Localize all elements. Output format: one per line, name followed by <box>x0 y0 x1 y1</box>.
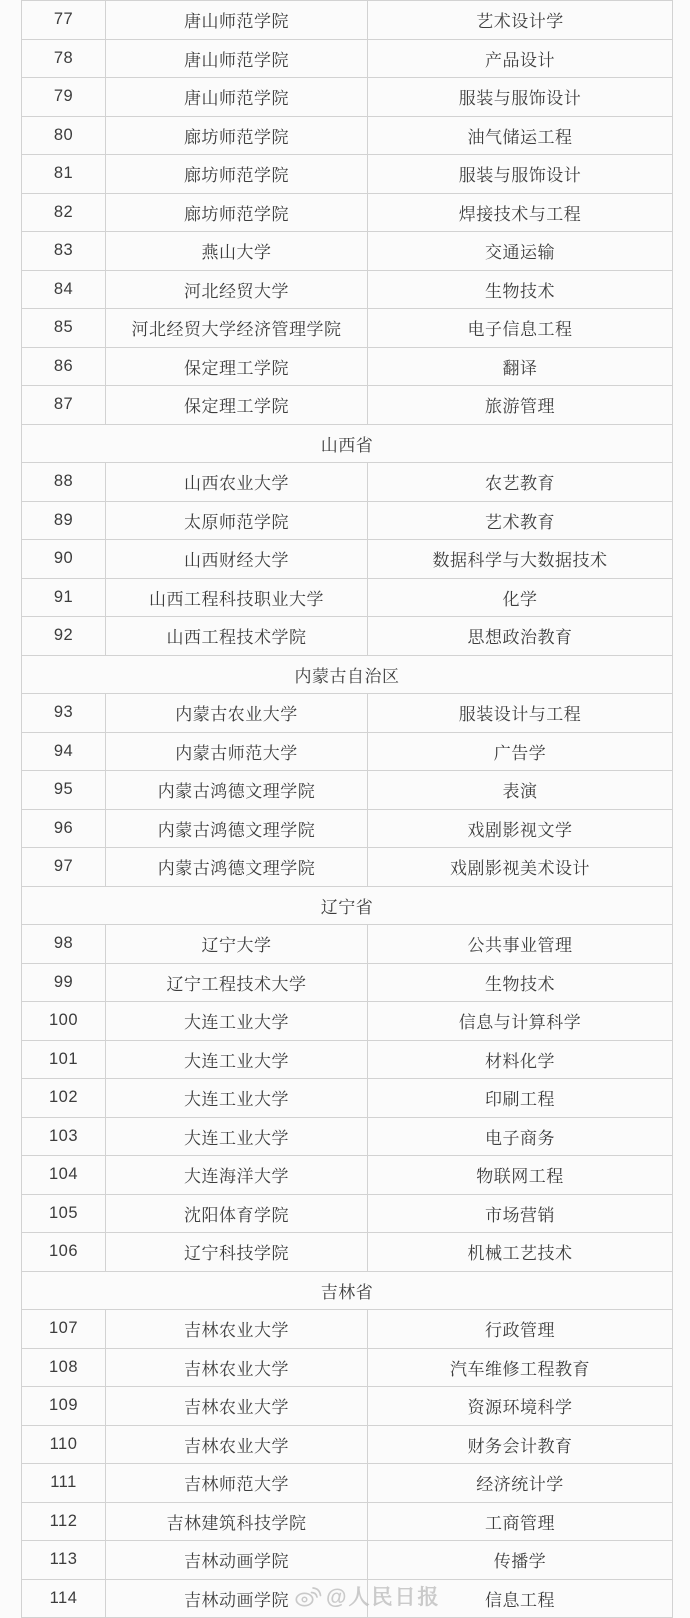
major-name: 数据科学与大数据技术 <box>368 540 672 578</box>
university-name: 辽宁工程技术大学 <box>106 964 368 1002</box>
row-number: 85 <box>22 309 106 347</box>
major-name: 经济统计学 <box>368 1464 672 1502</box>
table-row: 101大连工业大学材料化学 <box>22 1041 672 1080</box>
university-name: 吉林农业大学 <box>106 1387 368 1425</box>
university-name: 辽宁大学 <box>106 925 368 963</box>
row-number: 102 <box>22 1079 106 1117</box>
table-row: 78唐山师范学院产品设计 <box>22 40 672 79</box>
major-name: 资源环境科学 <box>368 1387 672 1425</box>
row-number: 100 <box>22 1002 106 1040</box>
university-name: 山西工程技术学院 <box>106 617 368 655</box>
province-label: 辽宁省 <box>22 887 672 925</box>
table-row: 99辽宁工程技术大学生物技术 <box>22 964 672 1003</box>
major-name: 油气储运工程 <box>368 117 672 155</box>
row-number: 113 <box>22 1541 106 1579</box>
row-number: 97 <box>22 848 106 886</box>
major-name: 市场营销 <box>368 1195 672 1233</box>
province-section-row: 辽宁省 <box>22 887 672 926</box>
major-name: 表演 <box>368 771 672 809</box>
university-name: 内蒙古鸿德文理学院 <box>106 848 368 886</box>
row-number: 109 <box>22 1387 106 1425</box>
row-number: 103 <box>22 1118 106 1156</box>
province-label: 吉林省 <box>22 1272 672 1310</box>
major-name: 翻译 <box>368 348 672 386</box>
row-number: 94 <box>22 733 106 771</box>
table-row: 82廊坊师范学院焊接技术与工程 <box>22 194 672 233</box>
row-number: 93 <box>22 694 106 732</box>
table-row: 81廊坊师范学院服装与服饰设计 <box>22 155 672 194</box>
university-name: 廊坊师范学院 <box>106 155 368 193</box>
row-number: 112 <box>22 1503 106 1541</box>
university-name: 辽宁科技学院 <box>106 1233 368 1271</box>
row-number: 79 <box>22 78 106 116</box>
row-number: 89 <box>22 502 106 540</box>
major-name: 印刷工程 <box>368 1079 672 1117</box>
university-name: 河北经贸大学 <box>106 271 368 309</box>
table-row: 79唐山师范学院服装与服饰设计 <box>22 78 672 117</box>
province-label: 内蒙古自治区 <box>22 656 672 694</box>
table-row: 110吉林农业大学财务会计教育 <box>22 1426 672 1465</box>
university-name: 吉林动画学院 <box>106 1541 368 1579</box>
row-number: 95 <box>22 771 106 809</box>
row-number: 108 <box>22 1349 106 1387</box>
row-number: 106 <box>22 1233 106 1271</box>
table-row: 95内蒙古鸿德文理学院表演 <box>22 771 672 810</box>
university-name: 保定理工学院 <box>106 386 368 424</box>
university-name: 内蒙古鸿德文理学院 <box>106 771 368 809</box>
major-name: 艺术教育 <box>368 502 672 540</box>
row-number: 91 <box>22 579 106 617</box>
table-row: 111吉林师范大学经济统计学 <box>22 1464 672 1503</box>
major-name: 思想政治教育 <box>368 617 672 655</box>
table-row: 86保定理工学院翻译 <box>22 348 672 387</box>
table-row: 98辽宁大学公共事业管理 <box>22 925 672 964</box>
table-row: 89太原师范学院艺术教育 <box>22 502 672 541</box>
major-name: 汽车维修工程教育 <box>368 1349 672 1387</box>
major-name: 财务会计教育 <box>368 1426 672 1464</box>
university-name: 大连工业大学 <box>106 1118 368 1156</box>
major-name: 服装与服饰设计 <box>368 155 672 193</box>
university-name: 大连工业大学 <box>106 1002 368 1040</box>
university-name: 大连工业大学 <box>106 1079 368 1117</box>
table-row: 109吉林农业大学资源环境科学 <box>22 1387 672 1426</box>
table-row: 103大连工业大学电子商务 <box>22 1118 672 1157</box>
university-name: 内蒙古农业大学 <box>106 694 368 732</box>
province-section-row: 山西省 <box>22 425 672 464</box>
university-name: 沈阳体育学院 <box>106 1195 368 1233</box>
table-row: 96内蒙古鸿德文理学院戏剧影视文学 <box>22 810 672 849</box>
table-row: 87保定理工学院旅游管理 <box>22 386 672 425</box>
university-name: 内蒙古师范大学 <box>106 733 368 771</box>
university-name: 保定理工学院 <box>106 348 368 386</box>
major-name: 电子商务 <box>368 1118 672 1156</box>
university-name: 唐山师范学院 <box>106 1 368 39</box>
table-row: 88山西农业大学农艺教育 <box>22 463 672 502</box>
university-name: 吉林动画学院 <box>106 1580 368 1618</box>
major-name: 广告学 <box>368 733 672 771</box>
table-row: 112吉林建筑科技学院工商管理 <box>22 1503 672 1542</box>
row-number: 86 <box>22 348 106 386</box>
major-name: 服装与服饰设计 <box>368 78 672 116</box>
table-row: 106辽宁科技学院机械工艺技术 <box>22 1233 672 1272</box>
university-name: 吉林建筑科技学院 <box>106 1503 368 1541</box>
row-number: 104 <box>22 1156 106 1194</box>
university-name: 大连工业大学 <box>106 1041 368 1079</box>
university-name: 内蒙古鸿德文理学院 <box>106 810 368 848</box>
province-section-row: 吉林省 <box>22 1272 672 1311</box>
table-row: 105沈阳体育学院市场营销 <box>22 1195 672 1234</box>
province-section-row: 内蒙古自治区 <box>22 656 672 695</box>
row-number: 99 <box>22 964 106 1002</box>
university-name: 廊坊师范学院 <box>106 117 368 155</box>
university-name: 吉林农业大学 <box>106 1310 368 1348</box>
major-name: 戏剧影视美术设计 <box>368 848 672 886</box>
major-name: 机械工艺技术 <box>368 1233 672 1271</box>
table-row: 83燕山大学交通运输 <box>22 232 672 271</box>
row-number: 107 <box>22 1310 106 1348</box>
row-number: 87 <box>22 386 106 424</box>
row-number: 101 <box>22 1041 106 1079</box>
table-row: 94内蒙古师范大学广告学 <box>22 733 672 772</box>
major-name: 信息工程 <box>368 1580 672 1618</box>
university-name: 太原师范学院 <box>106 502 368 540</box>
row-number: 105 <box>22 1195 106 1233</box>
table-row: 114吉林动画学院信息工程 <box>22 1580 672 1618</box>
table-row: 97内蒙古鸿德文理学院戏剧影视美术设计 <box>22 848 672 887</box>
university-name: 山西农业大学 <box>106 463 368 501</box>
table-row: 91山西工程科技职业大学化学 <box>22 579 672 618</box>
major-name: 产品设计 <box>368 40 672 78</box>
university-name: 山西工程科技职业大学 <box>106 579 368 617</box>
row-number: 80 <box>22 117 106 155</box>
row-number: 77 <box>22 1 106 39</box>
major-name: 行政管理 <box>368 1310 672 1348</box>
university-name: 吉林师范大学 <box>106 1464 368 1502</box>
table-row: 77唐山师范学院艺术设计学 <box>22 1 672 40</box>
university-major-table: 77唐山师范学院艺术设计学78唐山师范学院产品设计79唐山师范学院服装与服饰设计… <box>21 0 673 1618</box>
major-name: 生物技术 <box>368 964 672 1002</box>
major-name: 公共事业管理 <box>368 925 672 963</box>
table-row: 100大连工业大学信息与计算科学 <box>22 1002 672 1041</box>
row-number: 84 <box>22 271 106 309</box>
major-name: 生物技术 <box>368 271 672 309</box>
university-name: 大连海洋大学 <box>106 1156 368 1194</box>
row-number: 83 <box>22 232 106 270</box>
university-name: 河北经贸大学经济管理学院 <box>106 309 368 347</box>
row-number: 82 <box>22 194 106 232</box>
row-number: 78 <box>22 40 106 78</box>
major-name: 交通运输 <box>368 232 672 270</box>
university-name: 廊坊师范学院 <box>106 194 368 232</box>
row-number: 96 <box>22 810 106 848</box>
table-row: 113吉林动画学院传播学 <box>22 1541 672 1580</box>
table-row: 93内蒙古农业大学服装设计与工程 <box>22 694 672 733</box>
row-number: 110 <box>22 1426 106 1464</box>
row-number: 111 <box>22 1464 106 1502</box>
row-number: 90 <box>22 540 106 578</box>
university-name: 燕山大学 <box>106 232 368 270</box>
major-name: 信息与计算科学 <box>368 1002 672 1040</box>
major-name: 物联网工程 <box>368 1156 672 1194</box>
major-name: 工商管理 <box>368 1503 672 1541</box>
major-name: 传播学 <box>368 1541 672 1579</box>
table-row: 107吉林农业大学行政管理 <box>22 1310 672 1349</box>
row-number: 88 <box>22 463 106 501</box>
university-name: 唐山师范学院 <box>106 40 368 78</box>
row-number: 92 <box>22 617 106 655</box>
table-row: 102大连工业大学印刷工程 <box>22 1079 672 1118</box>
row-number: 114 <box>22 1580 106 1618</box>
major-name: 农艺教育 <box>368 463 672 501</box>
document-page: 77唐山师范学院艺术设计学78唐山师范学院产品设计79唐山师范学院服装与服饰设计… <box>0 0 690 1618</box>
table-row: 85河北经贸大学经济管理学院电子信息工程 <box>22 309 672 348</box>
university-name: 吉林农业大学 <box>106 1349 368 1387</box>
table-row: 84河北经贸大学生物技术 <box>22 271 672 310</box>
university-name: 吉林农业大学 <box>106 1426 368 1464</box>
major-name: 材料化学 <box>368 1041 672 1079</box>
major-name: 旅游管理 <box>368 386 672 424</box>
table-row: 92山西工程技术学院思想政治教育 <box>22 617 672 656</box>
major-name: 戏剧影视文学 <box>368 810 672 848</box>
province-label: 山西省 <box>22 425 672 463</box>
major-name: 焊接技术与工程 <box>368 194 672 232</box>
major-name: 电子信息工程 <box>368 309 672 347</box>
major-name: 艺术设计学 <box>368 1 672 39</box>
major-name: 服装设计与工程 <box>368 694 672 732</box>
row-number: 98 <box>22 925 106 963</box>
table-row: 90山西财经大学数据科学与大数据技术 <box>22 540 672 579</box>
major-name: 化学 <box>368 579 672 617</box>
row-number: 81 <box>22 155 106 193</box>
table-row: 108吉林农业大学汽车维修工程教育 <box>22 1349 672 1388</box>
university-name: 山西财经大学 <box>106 540 368 578</box>
university-name: 唐山师范学院 <box>106 78 368 116</box>
table-row: 104大连海洋大学物联网工程 <box>22 1156 672 1195</box>
table-row: 80廊坊师范学院油气储运工程 <box>22 117 672 156</box>
